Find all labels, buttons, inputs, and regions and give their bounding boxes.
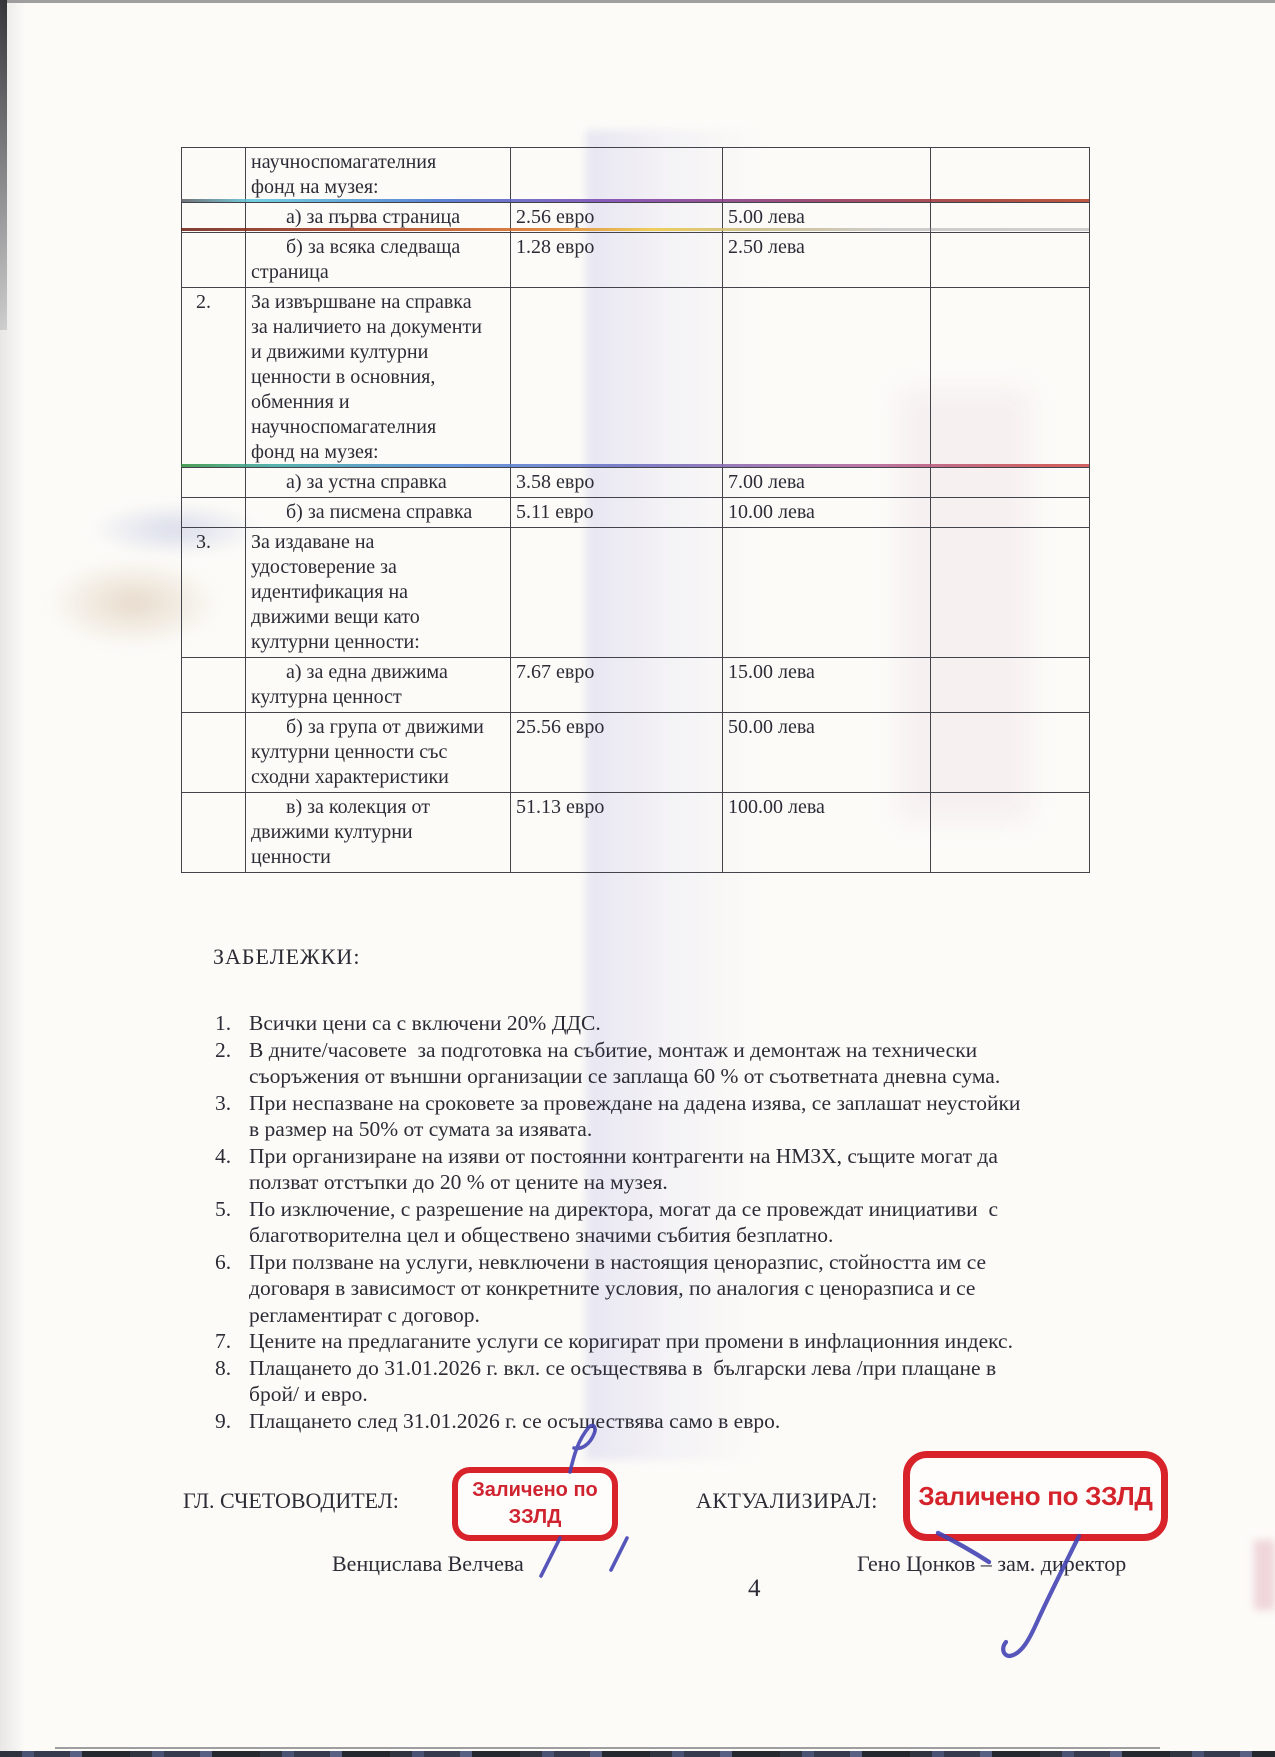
note-item: 3.При неспазване на сроковете за провежд… [215,1090,1097,1143]
note-text: В дните/часовете за подготовка на събити… [249,1037,1097,1090]
note-number: 2. [215,1037,241,1090]
price-eur-cell [511,528,723,658]
price-bgn-cell [723,288,931,468]
pen-stroke [611,1538,627,1570]
updater-name: Гено Цонков – зам. директор [857,1551,1126,1577]
redaction-stamp-right: Заличено по ЗЗЛД [903,1451,1168,1541]
table-row: 3.За издаване на удостоверение за иденти… [182,528,1090,658]
table-row: б) за група от движими културни ценности… [182,713,1090,793]
scan-edge-bottom-band [0,1751,1275,1757]
price-table: научноспомагателния фонд на музея: а) за… [181,147,1090,873]
scan-edge-left-shadow [0,0,26,1757]
service-cell: в) за колекция от движими културни ценно… [246,793,511,873]
price-bgn-cell: 100.00 лева [723,793,931,873]
row-number-cell [182,468,246,498]
blank-cell [931,203,1090,233]
note-text: При организиране на изяви от постоянни к… [249,1143,1097,1196]
price-bgn-cell [723,528,931,658]
price-eur-cell: 5.11 евро [511,498,723,528]
note-item: 7.Цените на предлаганите услуги се кориг… [215,1328,1097,1355]
note-item: 6.При ползване на услуги, невключени в н… [215,1249,1097,1329]
note-number: 7. [215,1328,241,1355]
table-row: а) за първа страница2.56 евро5.00 лева [182,203,1090,233]
blank-cell [931,148,1090,203]
notes-list: 1.Всички цени са с включени 20% ДДС. 2.В… [215,1010,1097,1434]
note-text: По изключение, с разрешение на директора… [249,1196,1097,1249]
price-bgn-cell: 10.00 лева [723,498,931,528]
page-number: 4 [748,1575,761,1603]
table-row: в) за колекция от движими културни ценно… [182,793,1090,873]
blank-cell [931,528,1090,658]
table-row: а) за устна справка3.58 евро7.00 лева [182,468,1090,498]
row-number-cell: 2. [182,288,246,468]
table-row: а) за една движима културна ценност7.67 … [182,658,1090,713]
blank-cell [931,658,1090,713]
note-text: Цените на предлаганите услуги се коригир… [249,1328,1097,1355]
note-number: 1. [215,1010,241,1037]
note-number: 5. [215,1196,241,1249]
table-row: 2.За извършване на справка за наличието … [182,288,1090,468]
note-item: 8.Плащането до 31.01.2026 г. вкл. се осъ… [215,1355,1097,1408]
price-eur-cell: 7.67 евро [511,658,723,713]
row-number-cell [182,203,246,233]
blank-cell [931,498,1090,528]
scan-artifact-right-smudge [1254,1540,1275,1610]
price-eur-cell [511,148,723,203]
table-row: научноспомагателния фонд на музея: [182,148,1090,203]
price-eur-cell [511,288,723,468]
price-bgn-cell: 15.00 лева [723,658,931,713]
note-item: 4.При организиране на изяви от постоянни… [215,1143,1097,1196]
redaction-stamp-left: Заличено по ЗЗЛД [452,1467,618,1541]
table-row: б) за писмена справка5.11 евро10.00 лева [182,498,1090,528]
service-cell: а) за устна справка [246,468,511,498]
note-text: Плащането след 31.01.2026 г. се осъществ… [249,1408,1097,1435]
note-item: 2.В дните/часовете за подготовка на съби… [215,1037,1097,1090]
note-item: 9.Плащането след 31.01.2026 г. се осъщес… [215,1408,1097,1435]
service-cell: За извършване на справка за наличието на… [246,288,511,468]
price-bgn-cell [723,148,931,203]
note-number: 3. [215,1090,241,1143]
price-eur-cell: 51.13 евро [511,793,723,873]
scan-edge-top [0,0,1275,3]
updated-by-label: АКТУАЛИЗИРАЛ: [696,1488,878,1514]
service-cell: а) за първа страница [246,203,511,233]
service-cell: а) за една движима културна ценност [246,658,511,713]
note-number: 4. [215,1143,241,1196]
note-number: 9. [215,1408,241,1435]
accountant-name: Венцислава Велчева [332,1551,524,1577]
row-number-cell [182,233,246,288]
row-number-cell [182,498,246,528]
notes-heading: ЗАБЕЛЕЖКИ: [213,944,360,970]
blank-cell [931,793,1090,873]
chief-accountant-label: ГЛ. СЧЕТОВОДИТЕЛ: [183,1488,399,1514]
price-eur-cell: 25.56 евро [511,713,723,793]
price-eur-cell: 3.58 евро [511,468,723,498]
service-cell: б) за група от движими културни ценности… [246,713,511,793]
pen-stroke [541,1538,560,1576]
service-cell: научноспомагателния фонд на музея: [246,148,511,203]
blank-cell [931,233,1090,288]
note-text: При неспазване на сроковете за провеждан… [249,1090,1097,1143]
price-bgn-cell: 7.00 лева [723,468,931,498]
price-bgn-cell: 50.00 лева [723,713,931,793]
row-number-cell [182,658,246,713]
row-number-cell [182,148,246,203]
blank-cell [931,713,1090,793]
service-cell: б) за писмена справка [246,498,511,528]
note-number: 6. [215,1249,241,1329]
price-eur-cell: 1.28 евро [511,233,723,288]
blank-cell [931,288,1090,468]
row-number-cell [182,713,246,793]
price-eur-cell: 2.56 евро [511,203,723,233]
note-text: Всички цени са с включени 20% ДДС. [249,1010,1097,1037]
price-bgn-cell: 2.50 лева [723,233,931,288]
scanned-document-page: научноспомагателния фонд на музея: а) за… [0,0,1275,1757]
note-text: Плащането до 31.01.2026 г. вкл. се осъще… [249,1355,1097,1408]
service-cell: б) за всяка следваща страница [246,233,511,288]
note-item: 5.По изключение, с разрешение на директо… [215,1196,1097,1249]
row-number-cell [182,793,246,873]
scan-edge-bottom-line [55,1747,1160,1749]
note-number: 8. [215,1355,241,1408]
blank-cell [931,468,1090,498]
service-cell: За издаване на удостоверение за идентифи… [246,528,511,658]
price-bgn-cell: 5.00 лева [723,203,931,233]
note-text: При ползване на услуги, невключени в нас… [249,1249,1097,1329]
row-number-cell: 3. [182,528,246,658]
note-item: 1.Всички цени са с включени 20% ДДС. [215,1010,1097,1037]
table-row: б) за всяка следваща страница1.28 евро2.… [182,233,1090,288]
